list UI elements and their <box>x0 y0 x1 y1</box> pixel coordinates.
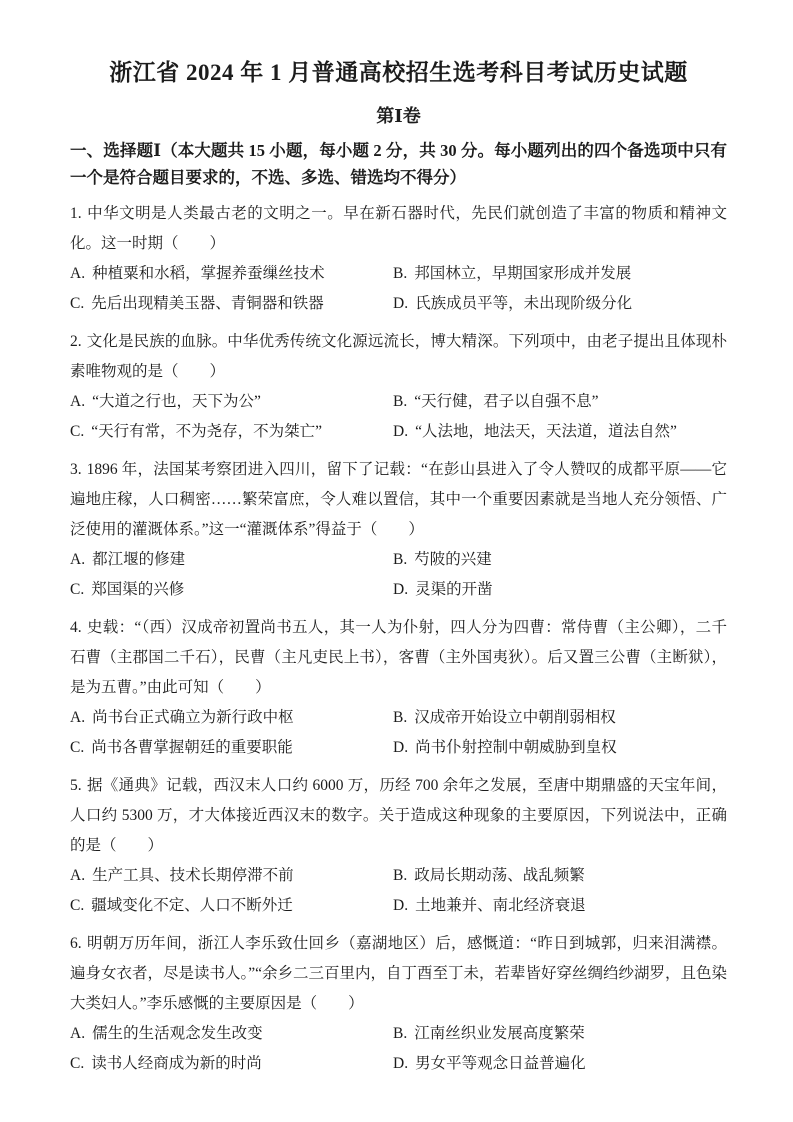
option-text: 都江堰的修建 <box>92 551 185 568</box>
question-6-options: A.儒生的生活观念发生改变 B.江南丝织业发展高度繁荣 C.读书人经商成为新的时… <box>70 1019 727 1079</box>
question-1-number: 1. <box>70 205 82 222</box>
question-4-option-c: C.尚书各曹掌握朝廷的重要职能 <box>70 733 393 763</box>
question-6-text: 明朝万历年间，浙江人李乐致仕回乡（嘉湖地区）后，感慨道：“昨日到城郭，归来泪满襟… <box>70 935 727 1012</box>
option-letter: B. <box>393 265 407 282</box>
option-text: 芍陂的兴建 <box>414 551 492 568</box>
question-5-options: A.生产工具、技术长期停滞不前 B.政局长期动荡、战乱频繁 C.疆域变化不定、人… <box>70 861 727 921</box>
option-text: 疆域变化不定、人口不断外迁 <box>91 897 293 914</box>
question-4: 4.史载：“（西）汉成帝初置尚书五人，其一人为仆射，四人分为四曹：常侍曹（主公卿… <box>70 613 727 763</box>
question-4-option-a: A.尚书台正式确立为新行政中枢 <box>70 703 393 733</box>
option-letter: B. <box>393 551 407 568</box>
option-text: 郑国渠的兴修 <box>91 581 184 598</box>
question-2-option-c: C.“天行有常，不为尧存，不为桀亡” <box>70 417 393 447</box>
question-3-option-b: B.芍陂的兴建 <box>393 545 727 575</box>
exam-page: 浙江省 2024 年 1 月普通高校招生选考科目考试历史试题 第Ⅰ卷 一、选择题… <box>0 0 793 1122</box>
option-letter: C. <box>70 581 84 598</box>
option-letter: D. <box>393 897 408 914</box>
question-3-text: 1896 年，法国某考察团进入四川，留下了记载：“在彭山县进入了令人赞叹的成都平… <box>70 461 727 538</box>
question-5-number: 5. <box>70 777 82 794</box>
question-4-options: A.尚书台正式确立为新行政中枢 B.汉成帝开始设立中朝削弱相权 C.尚书各曹掌握… <box>70 703 727 763</box>
question-4-text: 史载：“（西）汉成帝初置尚书五人，其一人为仆射，四人分为四曹：常侍曹（主公卿），… <box>70 619 727 696</box>
option-letter: C. <box>70 739 84 756</box>
question-3-options: A.都江堰的修建 B.芍陂的兴建 C.郑国渠的兴修 D.灵渠的开凿 <box>70 545 727 605</box>
question-2-number: 2. <box>70 333 82 350</box>
question-2: 2.文化是民族的血脉。中华优秀传统文化源远流长，博大精深。下列项中，由老子提出且… <box>70 327 727 447</box>
question-3-option-d: D.灵渠的开凿 <box>393 575 727 605</box>
question-5: 5.据《通典》记载，西汉末人口约 6000 万，历经 700 余年之发展，至唐中… <box>70 771 727 921</box>
option-text: 尚书台正式确立为新行政中枢 <box>92 709 294 726</box>
option-letter: B. <box>393 867 407 884</box>
question-6: 6.明朝万历年间，浙江人李乐致仕回乡（嘉湖地区）后，感慨道：“昨日到城郭，归来泪… <box>70 929 727 1079</box>
question-6-option-d: D.男女平等观念日益普遍化 <box>393 1049 727 1079</box>
option-text: 土地兼并、南北经济衰退 <box>415 897 586 914</box>
option-letter: A. <box>70 709 85 726</box>
option-letter: B. <box>393 1025 407 1042</box>
question-5-option-c: C.疆域变化不定、人口不断外迁 <box>70 891 393 921</box>
exam-title: 浙江省 2024 年 1 月普通高校招生选考科目考试历史试题 <box>70 58 727 88</box>
option-text: “人法地，地法天，天法道，道法自然” <box>415 423 677 440</box>
option-text: “大道之行也，天下为公” <box>92 393 261 410</box>
question-6-option-c: C.读书人经商成为新的时尚 <box>70 1049 393 1079</box>
question-1-option-d: D.氏族成员平等，未出现阶级分化 <box>393 289 727 319</box>
section-1-heading: 一、选择题Ⅰ（本大题共 15 小题，每小题 2 分，共 30 分。每小题列出的四… <box>70 137 727 191</box>
question-2-option-a: A.“大道之行也，天下为公” <box>70 387 393 417</box>
option-letter: A. <box>70 551 85 568</box>
question-1-option-a: A.种植粟和水稻，掌握养蚕缫丝技术 <box>70 259 393 289</box>
option-text: 邦国林立，早期国家形成并发展 <box>414 265 631 282</box>
question-3-option-a: A.都江堰的修建 <box>70 545 393 575</box>
option-text: 政局长期动荡、战乱频繁 <box>414 867 585 884</box>
question-6-stem: 6.明朝万历年间，浙江人李乐致仕回乡（嘉湖地区）后，感慨道：“昨日到城郭，归来泪… <box>70 929 727 1019</box>
option-text: “天行有常，不为尧存，不为桀亡” <box>91 423 322 440</box>
question-2-stem: 2.文化是民族的血脉。中华优秀传统文化源远流长，博大精深。下列项中，由老子提出且… <box>70 327 727 387</box>
question-list: 1.中华文明是人类最古老的文明之一。早在新石器时代，先民们就创造了丰富的物质和精… <box>70 199 727 1079</box>
option-letter: D. <box>393 423 408 440</box>
question-2-option-d: D.“人法地，地法天，天法道，道法自然” <box>393 417 727 447</box>
option-text: 汉成帝开始设立中朝削弱相权 <box>414 709 616 726</box>
option-letter: D. <box>393 1055 408 1072</box>
question-1-option-b: B.邦国林立，早期国家形成并发展 <box>393 259 727 289</box>
question-5-option-d: D.土地兼并、南北经济衰退 <box>393 891 727 921</box>
question-4-option-b: B.汉成帝开始设立中朝削弱相权 <box>393 703 727 733</box>
option-letter: C. <box>70 295 84 312</box>
option-text: 读书人经商成为新的时尚 <box>91 1055 262 1072</box>
question-4-number: 4. <box>70 619 82 636</box>
option-letter: A. <box>70 1025 85 1042</box>
question-2-options: A.“大道之行也，天下为公” B.“天行健，君子以自强不息” C.“天行有常，不… <box>70 387 727 447</box>
question-6-option-b: B.江南丝织业发展高度繁荣 <box>393 1019 727 1049</box>
question-1-text: 中华文明是人类最古老的文明之一。早在新石器时代，先民们就创造了丰富的物质和精神文… <box>70 205 727 252</box>
question-4-option-d: D.尚书仆射控制中朝威胁到皇权 <box>393 733 727 763</box>
option-letter: A. <box>70 393 85 410</box>
question-2-option-b: B.“天行健，君子以自强不息” <box>393 387 727 417</box>
question-2-text: 文化是民族的血脉。中华优秀传统文化源远流长，博大精深。下列项中，由老子提出且体现… <box>70 333 727 380</box>
question-1: 1.中华文明是人类最古老的文明之一。早在新石器时代，先民们就创造了丰富的物质和精… <box>70 199 727 319</box>
question-3-number: 3. <box>70 461 82 478</box>
question-1-stem: 1.中华文明是人类最古老的文明之一。早在新石器时代，先民们就创造了丰富的物质和精… <box>70 199 727 259</box>
option-letter: B. <box>393 709 407 726</box>
question-5-option-b: B.政局长期动荡、战乱频繁 <box>393 861 727 891</box>
question-3-stem: 3.1896 年，法国某考察团进入四川，留下了记载：“在彭山县进入了令人赞叹的成… <box>70 455 727 545</box>
option-text: 生产工具、技术长期停滞不前 <box>92 867 294 884</box>
option-letter: D. <box>393 739 408 756</box>
option-text: 种植粟和水稻，掌握养蚕缫丝技术 <box>92 265 325 282</box>
option-text: “天行健，君子以自强不息” <box>414 393 598 410</box>
option-text: 氏族成员平等，未出现阶级分化 <box>415 295 632 312</box>
option-letter: A. <box>70 265 85 282</box>
option-letter: C. <box>70 423 84 440</box>
option-letter: C. <box>70 1055 84 1072</box>
question-3: 3.1896 年，法国某考察团进入四川，留下了记载：“在彭山县进入了令人赞叹的成… <box>70 455 727 605</box>
question-5-stem: 5.据《通典》记载，西汉末人口约 6000 万，历经 700 余年之发展，至唐中… <box>70 771 727 861</box>
question-5-option-a: A.生产工具、技术长期停滞不前 <box>70 861 393 891</box>
question-4-stem: 4.史载：“（西）汉成帝初置尚书五人，其一人为仆射，四人分为四曹：常侍曹（主公卿… <box>70 613 727 703</box>
option-letter: D. <box>393 295 408 312</box>
option-text: 灵渠的开凿 <box>415 581 493 598</box>
question-5-text: 据《通典》记载，西汉末人口约 6000 万，历经 700 余年之发展，至唐中期鼎… <box>70 777 727 854</box>
question-6-option-a: A.儒生的生活观念发生改变 <box>70 1019 393 1049</box>
option-letter: B. <box>393 393 407 410</box>
question-1-option-c: C.先后出现精美玉器、青铜器和铁器 <box>70 289 393 319</box>
option-letter: A. <box>70 867 85 884</box>
option-text: 尚书各曹掌握朝廷的重要职能 <box>91 739 293 756</box>
option-text: 先后出现精美玉器、青铜器和铁器 <box>91 295 324 312</box>
option-letter: D. <box>393 581 408 598</box>
option-text: 尚书仆射控制中朝威胁到皇权 <box>415 739 617 756</box>
question-1-options: A.种植粟和水稻，掌握养蚕缫丝技术 B.邦国林立，早期国家形成并发展 C.先后出… <box>70 259 727 319</box>
volume-label: 第Ⅰ卷 <box>70 104 727 128</box>
option-text: 江南丝织业发展高度繁荣 <box>414 1025 585 1042</box>
option-text: 男女平等观念日益普遍化 <box>415 1055 586 1072</box>
option-text: 儒生的生活观念发生改变 <box>92 1025 263 1042</box>
option-letter: C. <box>70 897 84 914</box>
question-6-number: 6. <box>70 935 82 952</box>
question-3-option-c: C.郑国渠的兴修 <box>70 575 393 605</box>
